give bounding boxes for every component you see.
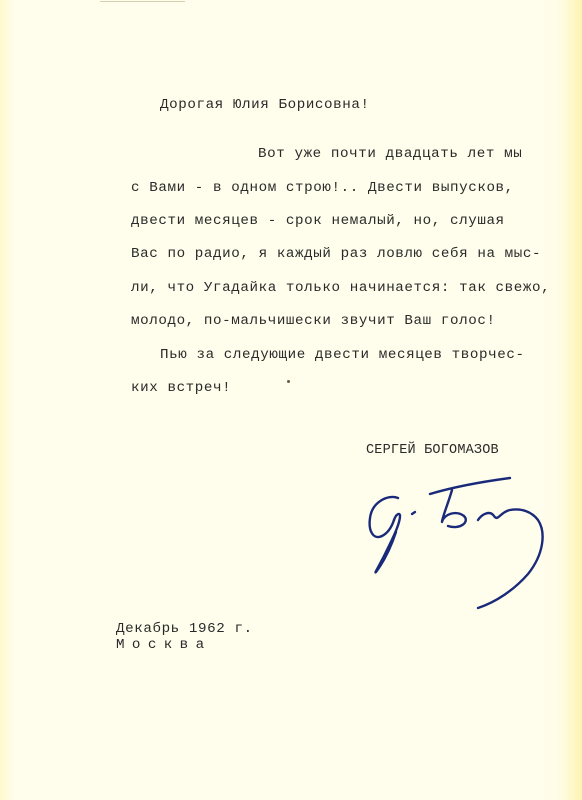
ink-speck bbox=[287, 380, 290, 383]
letter-city: Москва bbox=[116, 636, 211, 654]
letter-body-line: с Вами - в одном строю!.. Двести выпуско… bbox=[131, 179, 514, 197]
letter-body-line: ли, что Угадайка только начинается: так … bbox=[131, 279, 550, 297]
handwritten-signature-icon bbox=[360, 470, 570, 610]
letter-body-line: ких встреч! bbox=[131, 379, 231, 397]
paper-edge-mark bbox=[100, 1, 185, 2]
letter-body-line: молодо, по-мальчишески звучит Ваш голос! bbox=[131, 312, 496, 330]
letter-body-line: двести месяцев - срок немалый, но, слуша… bbox=[131, 212, 505, 230]
signatory-name: СЕРГЕЙ БОГОМАЗОВ bbox=[366, 442, 499, 460]
letter-page: Дорогая Юлия Борисовна! Вот уже почти дв… bbox=[0, 0, 582, 800]
letter-body-line: Вас по радио, я каждый раз ловлю себя на… bbox=[131, 245, 541, 263]
letter-body-line: Пью за следующие двести месяцев творчес- bbox=[160, 346, 525, 364]
letter-greeting: Дорогая Юлия Борисовна! bbox=[160, 96, 370, 114]
letter-body-line: Вот уже почти двадцать лет мы bbox=[258, 145, 522, 163]
